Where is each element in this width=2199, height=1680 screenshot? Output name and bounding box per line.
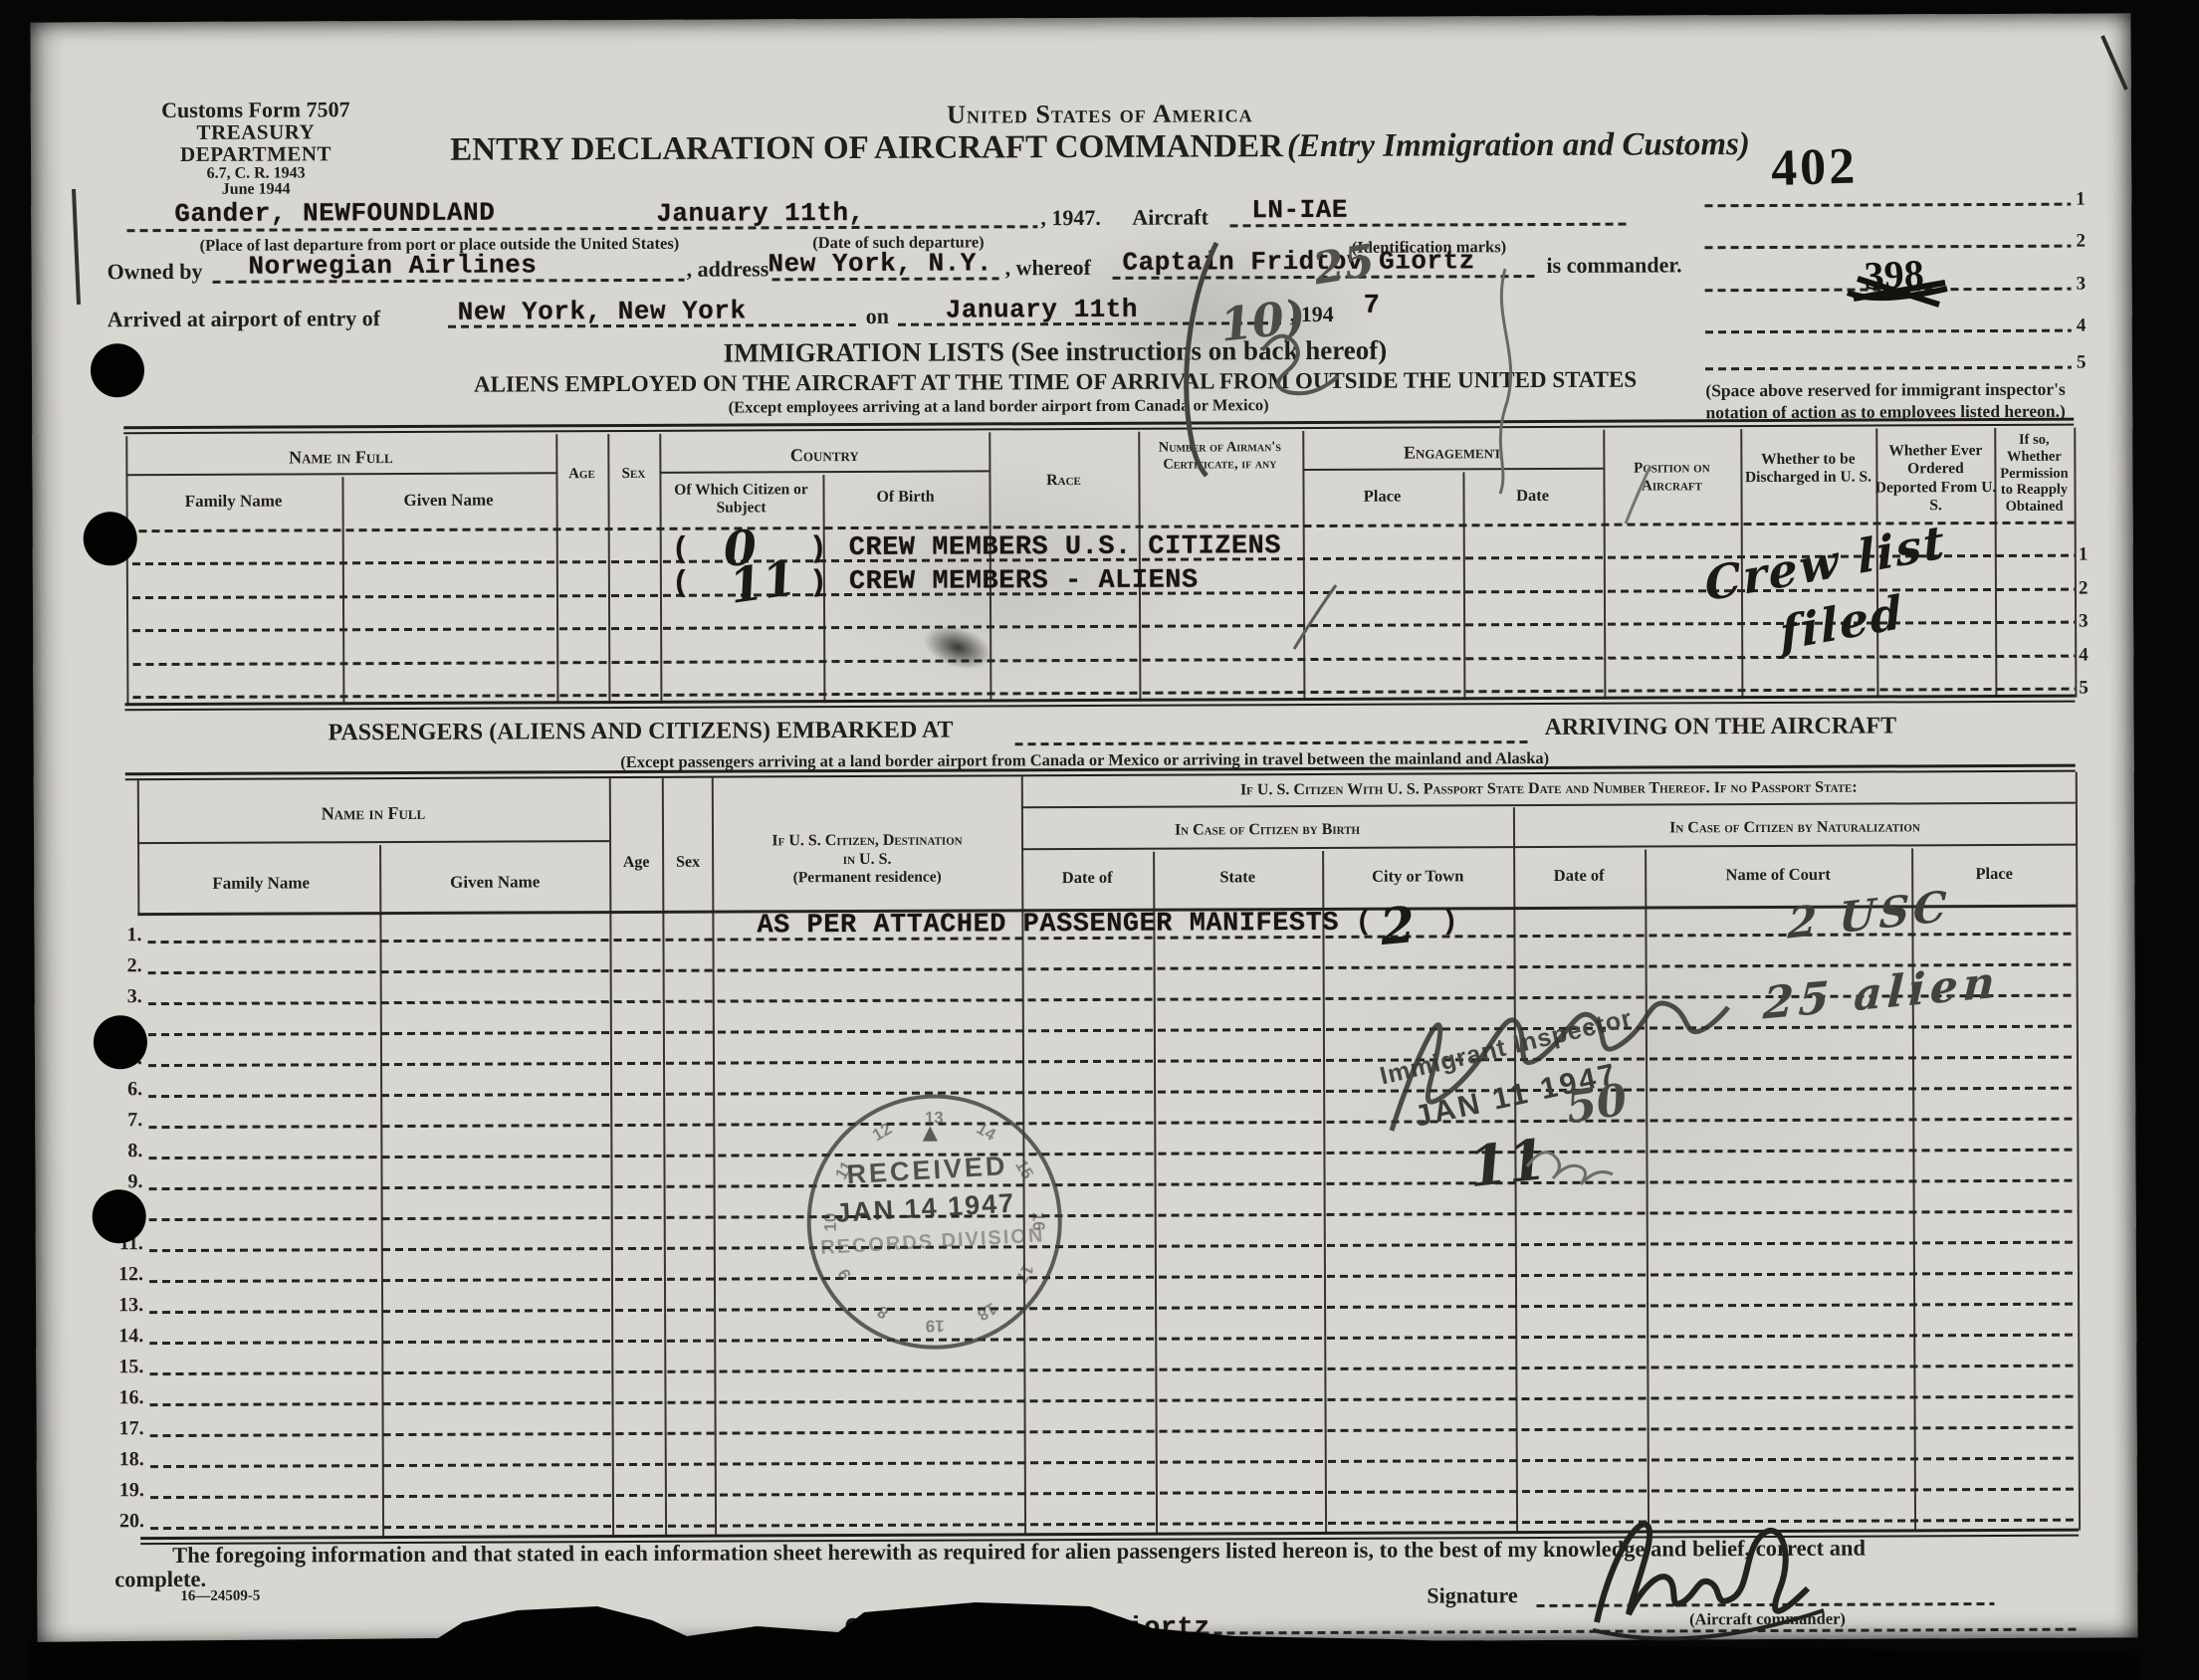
row-number: 13. (96, 1290, 143, 1321)
table-line (1513, 844, 2076, 848)
crew-count-open: ( (672, 567, 691, 601)
col-header-reapply: If so, Whether Permission to Reapply Obt… (1994, 432, 2074, 516)
aircraft-label: Aircraft (1132, 204, 1209, 230)
page-title-main: ENTRY DECLARATION OF AIRCRAFT COMMANDER (450, 128, 1283, 168)
col-header-family: Family Name (185, 492, 283, 512)
row-number: 12. (96, 1259, 143, 1290)
row-number: 8. (95, 1136, 142, 1166)
line-number: 5 (2077, 352, 2087, 374)
departure-place-value: Gander, NEWFOUNDLAND (174, 198, 495, 229)
table-row (149, 1241, 2078, 1252)
form-code: 16—24509-5 (180, 1588, 260, 1605)
col-header-age: Age (568, 466, 595, 483)
col-header-date-of-nat: Date of (1554, 866, 1605, 886)
table-row (148, 1056, 2077, 1067)
pencil-note-25: 25 (1310, 235, 1379, 295)
crew-row-numbers: 12345 (2079, 538, 2089, 706)
col-header-passport-note: If U. S. Citizen With U. S. Passport Sta… (1240, 779, 1858, 800)
arrival-place-value: New York, New York (458, 296, 747, 326)
col-header-destination: If U. S. Citizen, Destination in U. S. (… (728, 830, 1006, 888)
row-number: 17. (97, 1413, 144, 1444)
table-row (149, 1365, 2078, 1375)
table-row (150, 1426, 2079, 1437)
paper-sheet: Customs Form 7507TREASURY DEPARTMENT6.7,… (30, 13, 2137, 1646)
table-row (149, 1179, 2078, 1190)
table-row (150, 1395, 2079, 1406)
table-row (148, 1149, 2077, 1159)
stamp-rim-number: 9 (834, 1265, 856, 1283)
col-header-name: Name in Full (322, 803, 426, 824)
col-header-state: State (1219, 867, 1255, 887)
crew-count-close: ) (809, 532, 828, 566)
table-line (659, 470, 989, 473)
table-row (148, 1118, 2077, 1129)
immigration-exception: (Except employees arriving at a land bor… (729, 395, 1269, 417)
arrival-label: Arrived at airport of entry of (108, 306, 380, 332)
row-number: 4 (2079, 638, 2089, 672)
stamp-rim-number: 19 (926, 1316, 945, 1336)
stamp-rim-number: 15 (1010, 1156, 1037, 1182)
col-header-given: Given Name (403, 491, 493, 511)
aircraft-commander-caption: (Aircraft commander) (1689, 1609, 1846, 1630)
stamp-arrow-icon: ▲ (917, 1118, 943, 1149)
table-row (148, 1087, 2077, 1098)
table-row (150, 1488, 2079, 1499)
col-header-race: Race (1046, 472, 1081, 490)
row-number: 18. (97, 1444, 144, 1475)
owner-value: Norwegian Airlines (248, 250, 537, 281)
col-header-age: Age (623, 854, 650, 872)
col-header-place: Place (1364, 487, 1402, 507)
ruling-line (213, 279, 685, 284)
line-number: 3 (2077, 274, 2087, 296)
row-number: 3. (95, 981, 142, 1012)
immigration-title: IMMIGRATION LISTS (See instructions on b… (724, 335, 1388, 369)
manifest-note: AS PER ATTACHED PASSENGER MANIFESTS ( (757, 909, 1372, 942)
whereof-label: , whereof (1004, 255, 1090, 281)
col-header-given: Given Name (450, 872, 540, 892)
col-header-country: Country (790, 445, 859, 466)
row-number: 2. (95, 950, 142, 981)
form-id-line: Customs Form 7507 (126, 99, 385, 122)
ruling-line (1015, 740, 1528, 745)
row-number: 5 (2079, 672, 2089, 706)
passengers-title: PASSENGERS (ALIENS AND CITIZENS) EMBARKE… (329, 718, 954, 747)
commander-suffix: is commander. (1546, 252, 1681, 279)
aircraft-id-value: LN-IAE (1251, 195, 1348, 225)
hole-punch (84, 512, 137, 565)
hole-punch (94, 1015, 147, 1069)
col-header-court: Name of Court (1725, 865, 1830, 885)
table-line (137, 840, 609, 844)
table-row (149, 1210, 2078, 1221)
col-header-deported: Whether Ever Ordered Deported From U. S. (1874, 442, 1996, 516)
arrival-date-value: January 11th (946, 295, 1138, 325)
col-header-by-birth: In Case of Citizen by Birth (1175, 821, 1360, 840)
col-header-place: Place (1975, 864, 2013, 884)
ruling-line (1705, 366, 2072, 371)
col-header-discharged: Whether to be Discharged in U. S. (1743, 451, 1872, 488)
col-header-engagement: Engagement (1404, 442, 1502, 463)
row-number: 7. (95, 1105, 142, 1136)
col-header-date-of-birth: Date of (1062, 868, 1113, 888)
table-line (1302, 468, 1603, 471)
line-number: 2 (2076, 231, 2086, 253)
ruling-line (448, 323, 856, 328)
crossed-out-number: 398 (1864, 250, 1925, 299)
manifest-count: 2 (1378, 895, 1418, 956)
scanned-document: Customs Form 7507TREASURY DEPARTMENT6.7,… (0, 0, 2199, 1680)
manifest-note-close: ) (1441, 908, 1458, 938)
country-heading: United States of America (947, 99, 1253, 129)
address-value: New York, N.Y. (768, 248, 992, 279)
row-number: 15. (96, 1352, 143, 1382)
immigration-subtitle: ALIENS EMPLOYED ON THE AIRCRAFT AT THE T… (474, 367, 1637, 398)
typed-commander-name: Captain Fridtov Giortz (844, 1613, 1210, 1645)
col-header-certificate: Number of Airman's Certificate, if any (1145, 439, 1294, 474)
year-label: , 1947. (1040, 205, 1101, 231)
col-header-position: Position on Aircraft (1609, 459, 1734, 496)
row-number: 3 (2079, 605, 2089, 639)
signature-label: Signature (1427, 1582, 1517, 1608)
stamp-rim-number: 12 (869, 1119, 895, 1146)
table-row (149, 1334, 2078, 1345)
col-header-family: Family Name (212, 873, 310, 893)
departure-date-value: January 11th, (656, 198, 864, 229)
table-row (150, 1519, 2079, 1530)
form-id-block: Customs Form 7507TREASURY DEPARTMENT6.7,… (126, 99, 385, 199)
commander-value: Captain Fridtov Giortz (1122, 246, 1474, 278)
table-line (1021, 802, 2076, 809)
row-number: 2 (2079, 571, 2089, 605)
form-id-line: 6.7, C. R. 1943 (126, 165, 385, 183)
table-line (125, 472, 555, 476)
row-number: 16. (96, 1382, 143, 1413)
row-number: 14. (96, 1321, 143, 1352)
row-number: 19. (97, 1475, 144, 1506)
ruling-line (1124, 1628, 2080, 1635)
row-number: 20. (97, 1506, 144, 1537)
crew-count-close: ) (809, 566, 828, 600)
line-number: 1 (2076, 189, 2086, 211)
col-header-sex: Sex (622, 466, 646, 483)
stamp-rim-number: 18 (974, 1298, 999, 1325)
table-line (137, 780, 140, 916)
row-number: 6. (95, 1074, 142, 1105)
stamp-rim-number: 8 (874, 1301, 892, 1323)
form-id-line: TREASURY DEPARTMENT (126, 121, 385, 166)
hole-punch (93, 1189, 146, 1243)
on-label: on (866, 304, 889, 329)
arrival-year-digit: 7 (1364, 292, 1381, 321)
col-header-citizen: Of Which Citizen or Subject (662, 481, 819, 517)
table-line (1021, 846, 1513, 850)
line-number: 4 (2077, 315, 2087, 337)
tally-11: 11 (1465, 1127, 1550, 1200)
ruling-line (1704, 203, 2071, 208)
col-header-name: Name in Full (289, 447, 393, 468)
crew-count-open: ( (672, 533, 691, 567)
crew-row-label: CREW MEMBERS - ALIENS (849, 565, 1199, 597)
ruling-line (772, 277, 999, 281)
owned-by-label: Owned by (107, 259, 202, 285)
col-header-city: City or Town (1372, 866, 1463, 886)
table-line (126, 522, 2075, 533)
stamp-rim-number: 17 (1011, 1260, 1038, 1286)
page-title-paren: (Entry Immigration and Customs) (1287, 126, 1750, 164)
col-header-sex: Sex (676, 854, 700, 872)
doc-number: 402 (1770, 136, 1859, 198)
col-header-by-naturalization: In Case of Citizen by Naturalization (1669, 818, 1920, 837)
table-line (125, 436, 128, 706)
address-label: , address (686, 256, 769, 282)
table-row (149, 1303, 2078, 1314)
ruling-line (1704, 245, 2071, 250)
page-title: ENTRY DECLARATION OF AIRCRAFT COMMANDER … (450, 126, 1750, 169)
ruling-line (1705, 329, 2072, 334)
crew-alien-count: 11 (726, 550, 799, 615)
row-number: 1. (94, 920, 141, 950)
row-number: 1 (2079, 538, 2089, 572)
form-id-line: June 1944 (126, 181, 385, 199)
table-row (149, 1272, 2078, 1283)
col-header-date: Date (1516, 486, 1549, 506)
col-header-birth: Of Birth (876, 489, 934, 507)
table-row (148, 963, 2077, 974)
table-row (150, 1457, 2079, 1468)
crew-row-label: CREW MEMBERS U.S. CITIZENS (849, 531, 1281, 563)
table-border (123, 418, 2074, 435)
stamp-rim-number: 14 (973, 1119, 998, 1146)
tally-50: 50 (1563, 1075, 1631, 1134)
hole-punch (91, 343, 144, 397)
passengers-title-2: ARRIVING ON THE AIRCRAFT (1544, 713, 1896, 741)
ruling-line (1229, 223, 1630, 228)
signature-line (1536, 1602, 1994, 1607)
